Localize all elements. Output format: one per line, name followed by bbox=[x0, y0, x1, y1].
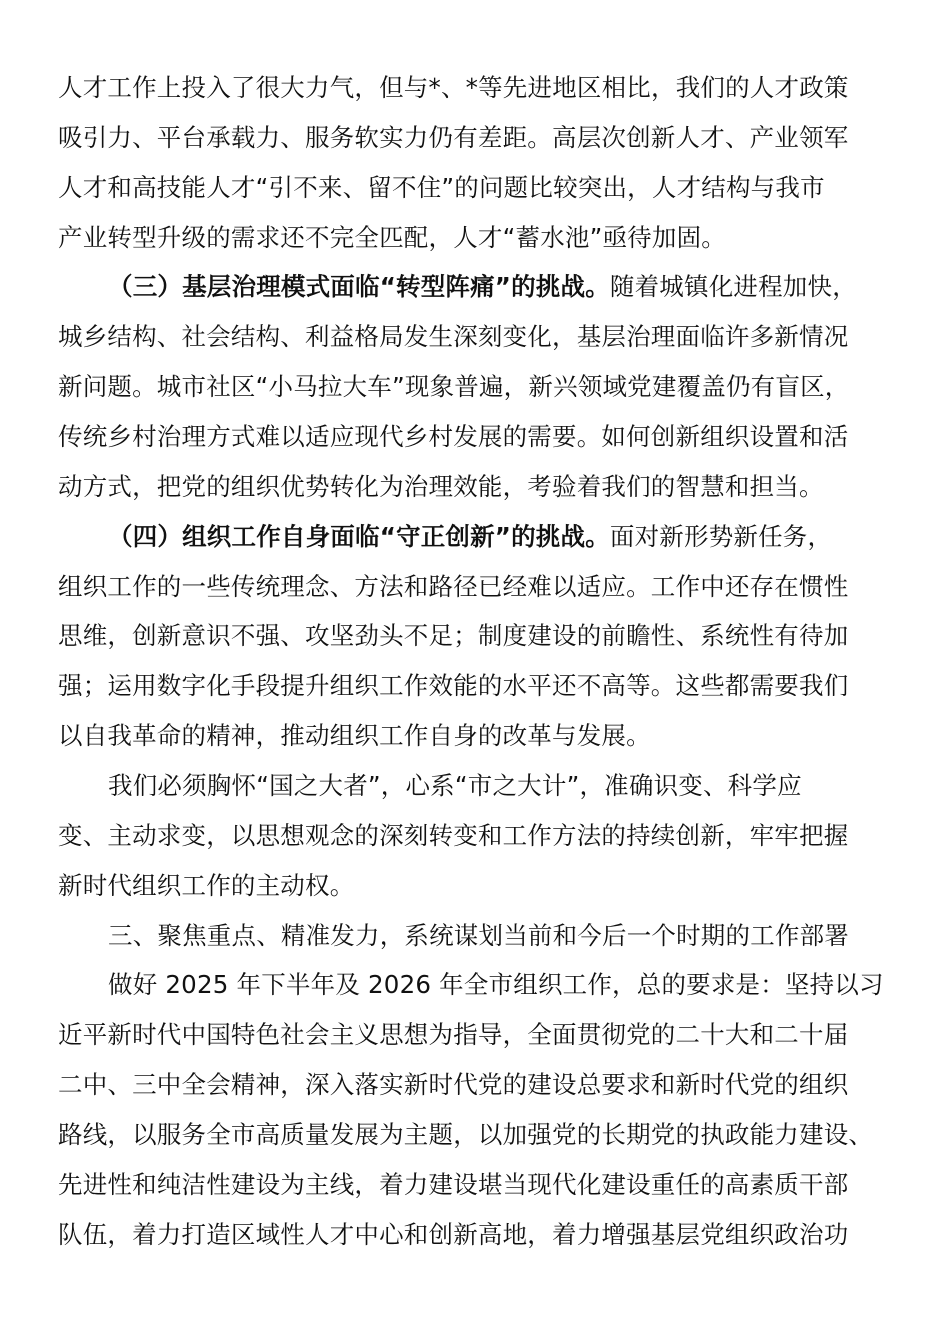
paragraph-challenge-4: （四）组织工作自身面临“守正创新”的挑战。面对新形势新任务， 组织工作的一些传统… bbox=[58, 512, 888, 761]
text-line: 产业转型升级的需求还不完全匹配，人才“蓄水池”亟待加固。 bbox=[58, 213, 888, 263]
document-page: 人才工作上投入了很大力气，但与*、*等先进地区相比，我们的人才政策 吸引力、平台… bbox=[58, 63, 888, 1260]
text-line: 动方式，把党的组织优势转化为治理效能，考验着我们的智慧和担当。 bbox=[58, 462, 888, 512]
paragraph-challenge-3: （三）基层治理模式面临“转型阵痛”的挑战。随着城镇化进程加快， 城乡结构、社会结… bbox=[58, 262, 888, 511]
text-line: 做好 2025 年下半年及 2026 年全市组织工作，总的要求是：坚持以习 bbox=[58, 960, 888, 1010]
text-line: 思维，创新意识不强、攻坚劲头不足；制度建设的前瞻性、系统性有待加 bbox=[58, 611, 888, 661]
text-line: 近平新时代中国特色社会主义思想为指导，全面贯彻党的二十大和二十届 bbox=[58, 1010, 888, 1060]
text-line: 新时代组织工作的主动权。 bbox=[58, 861, 888, 911]
text-line: 以自我革命的精神，推动组织工作自身的改革与发展。 bbox=[58, 711, 888, 761]
paragraph-talent-gap: 人才工作上投入了很大力气，但与*、*等先进地区相比，我们的人才政策 吸引力、平台… bbox=[58, 63, 888, 262]
text-line: （三）基层治理模式面临“转型阵痛”的挑战。随着城镇化进程加快， bbox=[58, 262, 888, 312]
text-line: 人才和高技能人才“引不来、留不住”的问题比较突出，人才结构与我市 bbox=[58, 163, 888, 213]
text-line: 城乡结构、社会结构、利益格局发生深刻变化，基层治理面临许多新情况 bbox=[58, 312, 888, 362]
text-line: 吸引力、平台承载力、服务软实力仍有差距。高层次创新人才、产业领军 bbox=[58, 113, 888, 163]
text-line: 组织工作的一些传统理念、方法和路径已经难以适应。工作中还存在惯性 bbox=[58, 562, 888, 612]
text-line: 变、主动求变，以思想观念的深刻转变和工作方法的持续创新，牢牢把握 bbox=[58, 811, 888, 861]
text-line: 队伍，着力打造区域性人才中心和创新高地，着力增强基层党组织政治功 bbox=[58, 1210, 888, 1260]
text-line: 人才工作上投入了很大力气，但与*、*等先进地区相比，我们的人才政策 bbox=[58, 63, 888, 113]
text-line: 强；运用数字化手段提升组织工作效能的水平还不高等。这些都需要我们 bbox=[58, 661, 888, 711]
section-heading: （三）基层治理模式面临“转型阵痛”的挑战。 bbox=[108, 272, 610, 301]
text-run: 面对新形势新任务， bbox=[610, 522, 832, 551]
paragraph-conclusion: 我们必须胸怀“国之大者”，心系“市之大计”，准确识变、科学应 变、主动求变，以思… bbox=[58, 761, 888, 911]
section-heading: （四）组织工作自身面临“守正创新”的挑战。 bbox=[108, 522, 610, 551]
paragraph-overall-requirement: 做好 2025 年下半年及 2026 年全市组织工作，总的要求是：坚持以习 近平… bbox=[58, 960, 888, 1259]
text-run: 随着城镇化进程加快， bbox=[610, 272, 857, 301]
text-line: （四）组织工作自身面临“守正创新”的挑战。面对新形势新任务， bbox=[58, 512, 888, 562]
section-3-title: 三、聚焦重点、精准发力，系统谋划当前和今后一个时期的工作部署 bbox=[58, 911, 888, 961]
section-title: 三、聚焦重点、精准发力，系统谋划当前和今后一个时期的工作部署 bbox=[58, 911, 888, 961]
text-line: 传统乡村治理方式难以适应现代乡村发展的需要。如何创新组织设置和活 bbox=[58, 412, 888, 462]
text-line: 我们必须胸怀“国之大者”，心系“市之大计”，准确识变、科学应 bbox=[58, 761, 888, 811]
text-line: 二中、三中全会精神，深入落实新时代党的建设总要求和新时代党的组织 bbox=[58, 1060, 888, 1110]
text-line: 路线，以服务全市高质量发展为主题，以加强党的长期党的执政能力建设、 bbox=[58, 1110, 888, 1160]
text-line: 新问题。城市社区“小马拉大车”现象普遍，新兴领域党建覆盖仍有盲区， bbox=[58, 362, 888, 412]
text-line: 先进性和纯洁性建设为主线，着力建设堪当现代化建设重任的高素质干部 bbox=[58, 1160, 888, 1210]
